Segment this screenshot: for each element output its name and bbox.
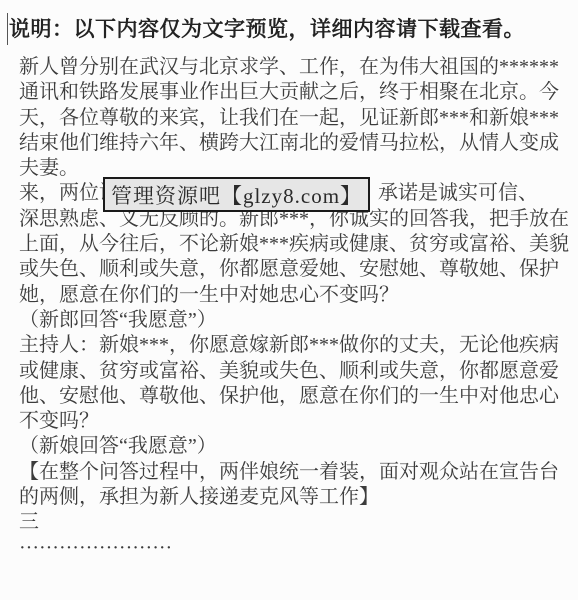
document-preview-page: 说明：以下内容仅为文字预览，详细内容请下载查看。 新人曾分别在武汉与北京求学、工… [0,0,578,600]
line-text-after-watermark: 承诺是诚实可信、 [378,182,538,204]
document-line: ······················· [19,536,575,561]
document-line: 三 [19,510,575,535]
document-line: 不变吗？ [19,409,575,434]
document-line: （新郎回答“我愿意”） [19,308,575,333]
document-line: 她，愿意在你们的一生中对她忠心不变吗？ [19,283,575,308]
document-line: 的两侧，承担为新人接递麦克风等工作】 [19,485,575,510]
document-line: 主持人：新娘***，你愿意嫁新郎***做你的丈夫，无论他疾病 [19,333,575,358]
preview-notice: 说明：以下内容仅为文字预览，详细内容请下载查看。 [9,13,525,45]
document-line: 他、安慰他、尊敬他、保护他，愿意在你们的一生中对他忠心 [19,384,575,409]
document-line: 上面，从今往后，不论新娘***疾病或健康、贫穷或富裕、美貌 [19,232,575,257]
document-line: 天，各位尊敬的来宾，让我们在一起，见证新郎***和新娘*** [19,106,575,131]
document-line: 结束他们维持六年、横跨大江南北的爱情马拉松，从情人变成 [19,131,575,156]
document-line: 或健康、贫穷或富裕、美貌或失色、顺利或失意，你都愿意爱 [19,359,575,384]
document-line: 或失色、顺利或失意，你都愿意爱她、安慰她、尊敬她、保护 [19,257,575,282]
document-line: 新人曾分别在武汉与北京求学、工作，在为伟大祖国的****** [19,55,575,80]
document-body: 新人曾分别在武汉与北京求学、工作，在为伟大祖国的******通讯和铁路发展事业作… [19,55,575,561]
watermark-box: 管理资源吧【glzy8.com】 [103,177,370,212]
document-line: 【在整个问答过程中，两伴娘统一着装，面对观众站在宣告台 [19,460,575,485]
watermark-label: 管理资源吧【glzy8.com】 [111,180,362,210]
document-line: 通讯和铁路发展事业作出巨大贡献之后，终于相聚在北京。今 [19,80,575,105]
text-cursor-caret [7,13,8,45]
document-line: （新娘回答“我愿意”） [19,434,575,459]
